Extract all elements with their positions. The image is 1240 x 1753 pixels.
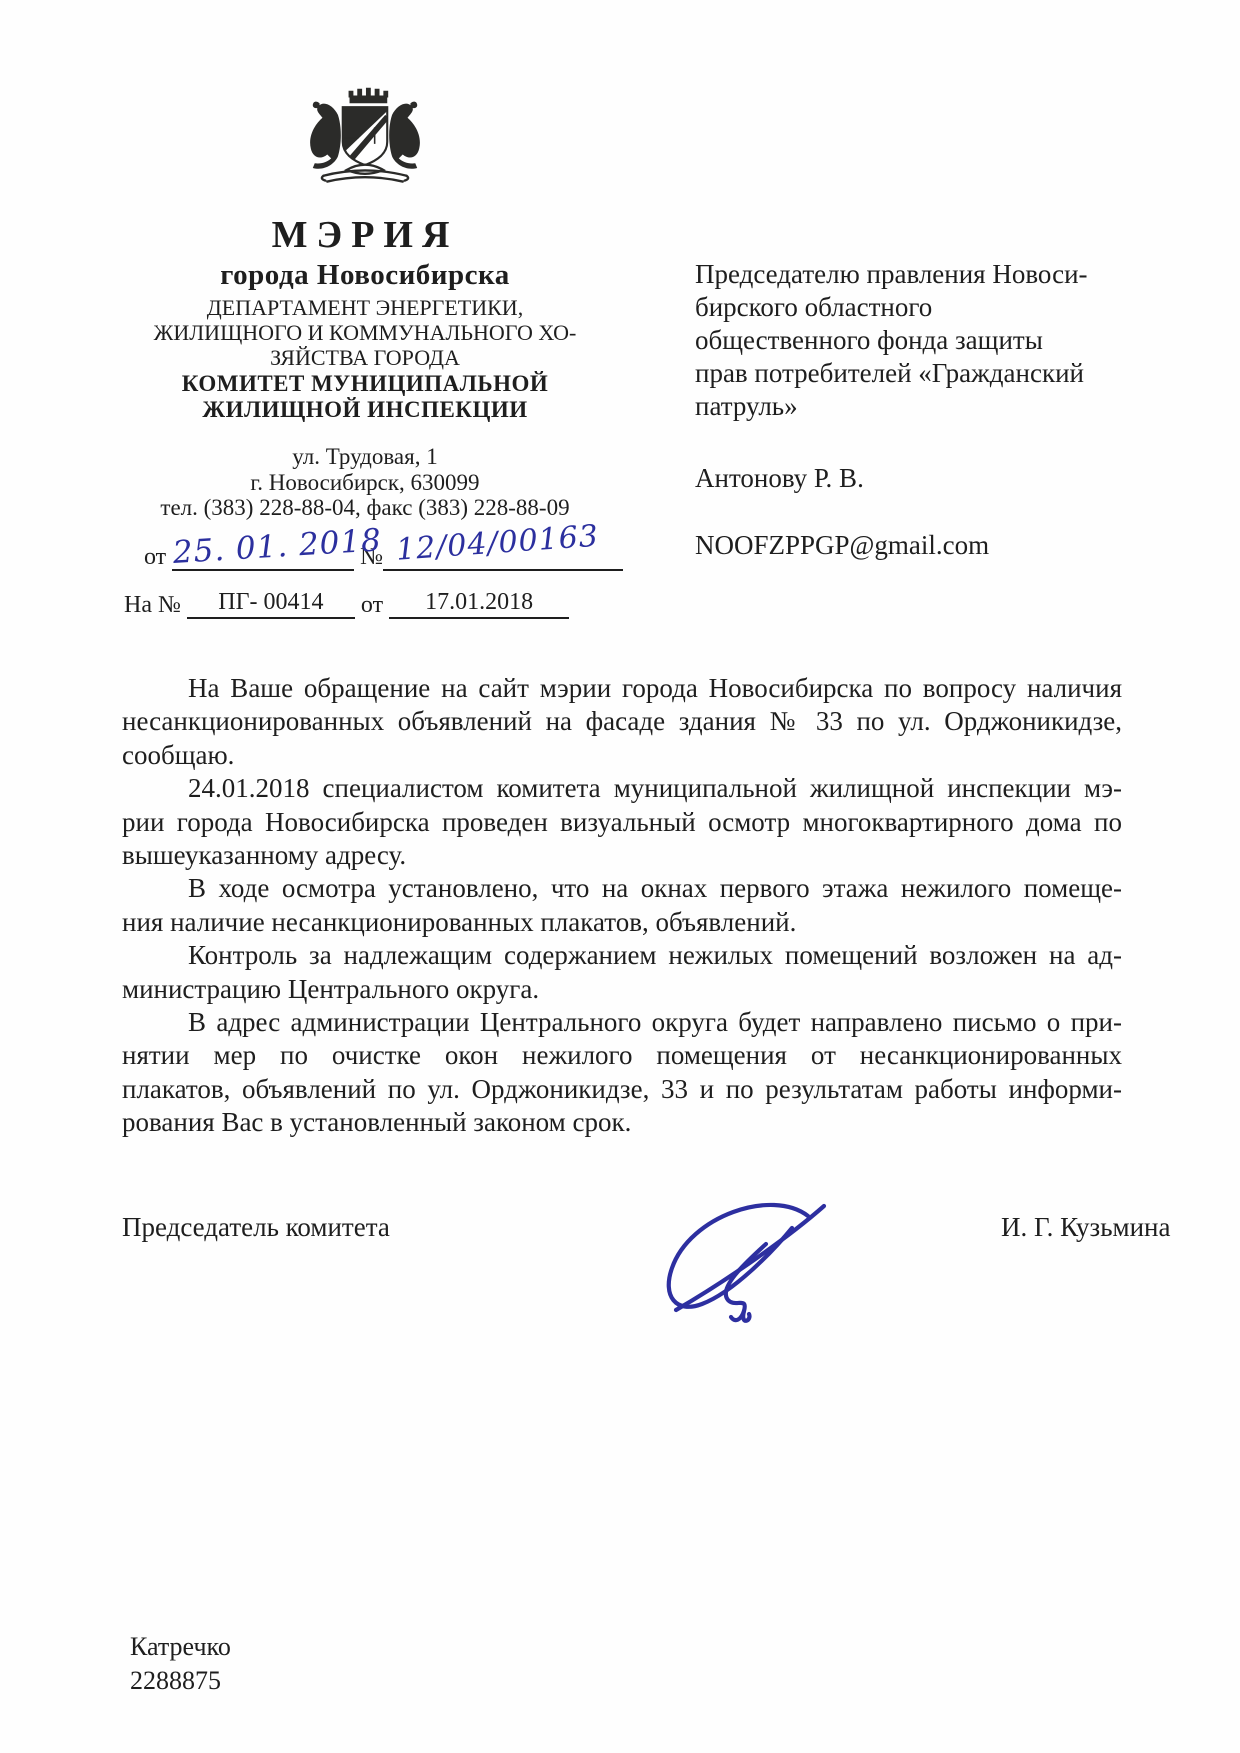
department-name: ДЕПАРТАМЕНТ ЭНЕРГЕТИКИ,ЖИЛИЩНОГО И КОММУ…	[110, 295, 620, 370]
handwritten-number: 12/04/00163	[377, 517, 619, 569]
signer-name: И. Г. Кузьмина	[1001, 1212, 1171, 1243]
incoming-date: 17.01.2018	[425, 589, 533, 615]
body-paragraph: Контроль за надлежащим содержанием нежил…	[122, 939, 1122, 1006]
scanned-letter-page: МЭРИЯ города Новосибирска ДЕПАРТАМЕНТ ЭН…	[0, 0, 1240, 1753]
executor-phone: 2288875	[130, 1664, 231, 1698]
executor-block: Катречко 2288875	[130, 1630, 231, 1698]
handwritten-date: 25. 01. 2018	[172, 523, 356, 570]
incoming-number-blank: ПГ- 00414	[187, 587, 355, 619]
outgoing-reference-row: от 25. 01. 2018 №12/04/00163	[110, 535, 620, 571]
novosibirsk-coat-of-arms-icon	[301, 82, 429, 198]
body-paragraph: В ходе осмотра установлено, что на окнах…	[122, 872, 1122, 939]
incoming-date-blank: 17.01.2018	[389, 587, 569, 619]
committee-name: КОМИТЕТ МУНИЦИПАЛЬНОЙЖИЛИЩНОЙ ИНСПЕКЦИИ	[110, 371, 620, 423]
outgoing-number-blank: 12/04/00163	[383, 535, 623, 571]
outgoing-from-label: от	[144, 544, 166, 570]
recipient-block: Председателю правления Новоси-бирского о…	[695, 258, 1135, 562]
incoming-number: ПГ- 00414	[218, 589, 323, 615]
incoming-na-label: На №	[124, 592, 181, 618]
incoming-reference-row: На № ПГ- 00414 от 17.01.2018	[110, 587, 620, 619]
executor-name: Катречко	[130, 1630, 231, 1664]
org-title: МЭРИЯ	[110, 213, 620, 257]
outgoing-date-blank: 25. 01. 2018	[172, 535, 354, 571]
incoming-from-label: от	[361, 592, 383, 618]
recipient-email: NOOFZPPGP@gmail.com	[695, 529, 1135, 562]
body-paragraph: В адрес администрации Центрального округ…	[122, 1006, 1122, 1140]
body-paragraph: На Ваше обращение на сайт мэрии города Н…	[122, 672, 1122, 772]
org-address: ул. Трудовая, 1г. Новосибирск, 630099тел…	[110, 444, 620, 521]
recipient-name: Антонову Р. В.	[695, 462, 1135, 495]
letter-body: На Ваше обращение на сайт мэрии города Н…	[122, 672, 1122, 1140]
recipient-address: Председателю правления Новоси-бирского о…	[695, 258, 1135, 423]
handwritten-signature-icon	[648, 1188, 838, 1328]
signer-position: Председатель комитета	[122, 1212, 390, 1243]
body-paragraph: 24.01.2018 специалистом комитета муницип…	[122, 772, 1122, 872]
org-subtitle: города Новосибирска	[110, 259, 620, 292]
letterhead: МЭРИЯ города Новосибирска ДЕПАРТАМЕНТ ЭН…	[110, 82, 620, 619]
